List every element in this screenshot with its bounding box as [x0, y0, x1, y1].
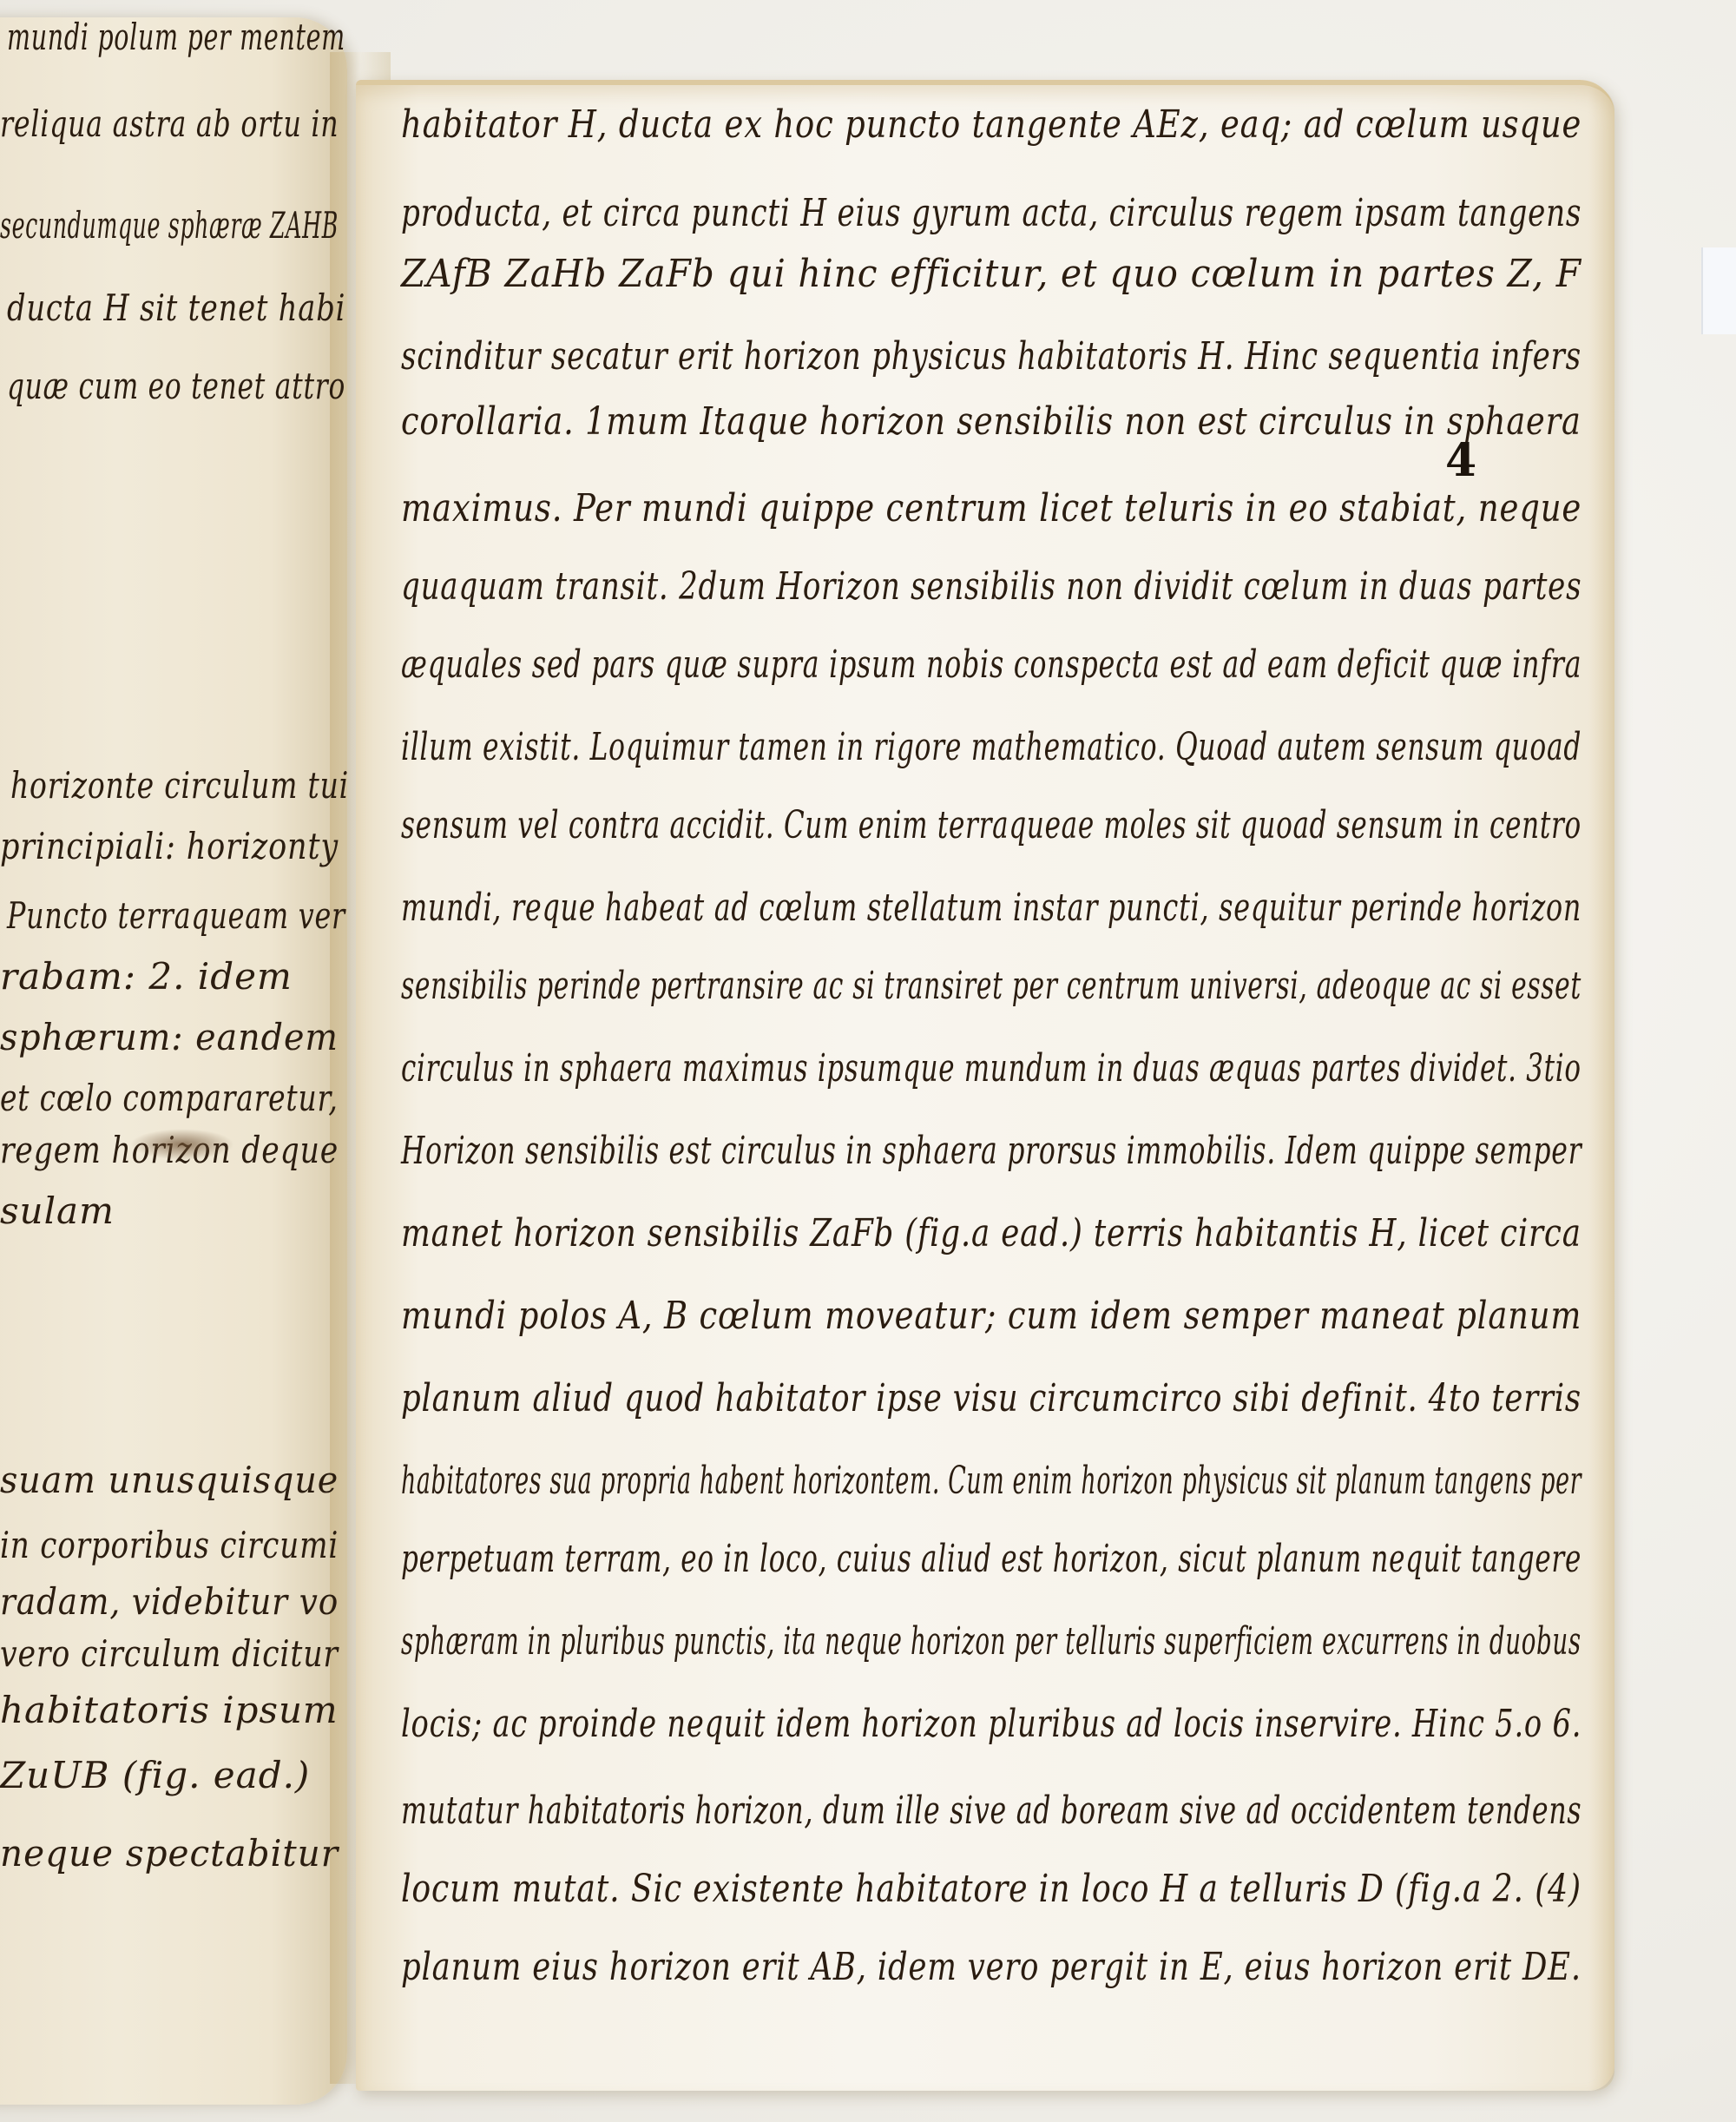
manuscript-line: mutatur habitatoris horizon, dum ille si… [401, 1789, 1581, 1833]
ink-stain [130, 1129, 234, 1160]
manuscript-line: planum aliud quod habitator ipse visu ci… [401, 1376, 1581, 1420]
left-line: secundumque sphæræ ZAHB [0, 204, 339, 247]
left-line: horizonte circulum tui [10, 764, 349, 807]
left-line: et cœlo compararetur, [0, 1077, 339, 1119]
left-line: vero circulum dicitur [0, 1632, 339, 1675]
left-line: reliqua astra ab ortu in [0, 102, 339, 145]
manuscript-line: Horizon sensibilis est circulus in sphae… [401, 1129, 1581, 1173]
left-line: rabam: 2. idem [0, 955, 293, 998]
manuscript-line: sensum vel contra accidit. Cum enim terr… [401, 803, 1581, 847]
left-line: sphærum: eandem [0, 1016, 339, 1058]
left-line: ducta H sit tenet habi [7, 287, 345, 329]
left-line: quæ cum eo tenet attro [7, 365, 345, 407]
manuscript-line: sensibilis perinde pertransire ac si tra… [401, 964, 1581, 1008]
left-line: mundi polum per mentem [7, 16, 345, 58]
manuscript-line: maximus. Per mundi quippe centrum licet … [401, 486, 1581, 530]
left-line: ZuUB (fig. ead.) [0, 1754, 310, 1796]
manuscript-line: locum mutat. Sic existente habitatore in… [401, 1867, 1581, 1911]
manuscript-line: illum existit. Loquimur tamen in rigore … [401, 725, 1581, 769]
manuscript-line: sphæram in pluribus punctis, ita neque h… [401, 1619, 1581, 1664]
left-line: Puncto terraqueam ver [7, 894, 345, 937]
manuscript-line: perpetuam terram, eo in loco, cuius aliu… [401, 1537, 1581, 1581]
manuscript-line: scinditur secatur erit horizon physicus … [401, 334, 1581, 379]
manuscript-line: ZAfB ZaHb ZaFb qui hinc efficitur, et qu… [401, 252, 1581, 296]
manuscript-line: æquales sed pars quæ supra ipsum nobis c… [401, 643, 1581, 687]
manuscript-line: manet horizon sensibilis ZaFb (fig.a ead… [401, 1211, 1581, 1255]
page-marker-tab [1701, 247, 1736, 334]
left-line: principiali: horizonty [0, 825, 339, 867]
left-line: in corporibus circumi [0, 1524, 339, 1566]
manuscript-line: producta, et circa puncti H eius gyrum a… [401, 191, 1581, 235]
left-line: habitatoris ipsum [0, 1689, 339, 1731]
manuscript-line: circulus in sphaera maximus ipsumque mun… [401, 1046, 1581, 1091]
manuscript-line: planum eius horizon erit AB, idem vero p… [401, 1945, 1581, 1989]
manuscript-line: habitatores sua propria habent horizonte… [401, 1459, 1581, 1503]
manuscript-line: mundi polos A, B cœlum moveatur; cum ide… [401, 1294, 1581, 1338]
left-line: radam, videbitur vo [0, 1580, 339, 1623]
manuscript-line: corollaria. 1mum Itaque horizon sensibil… [401, 399, 1581, 444]
left-line: neque spectabitur [0, 1832, 339, 1875]
left-line: sulam [0, 1190, 115, 1232]
manuscript-line: locis; ac proinde nequit idem horizon pl… [401, 1702, 1581, 1746]
manuscript-line: habitator H, ducta ex hoc puncto tangent… [401, 102, 1581, 147]
manuscript-line: mundi, reque habeat ad cœlum stellatum i… [401, 886, 1581, 930]
manuscript-line: quaquam transit. 2dum Horizon sensibilis… [401, 564, 1581, 609]
left-line: suam unusquisque [0, 1459, 339, 1501]
